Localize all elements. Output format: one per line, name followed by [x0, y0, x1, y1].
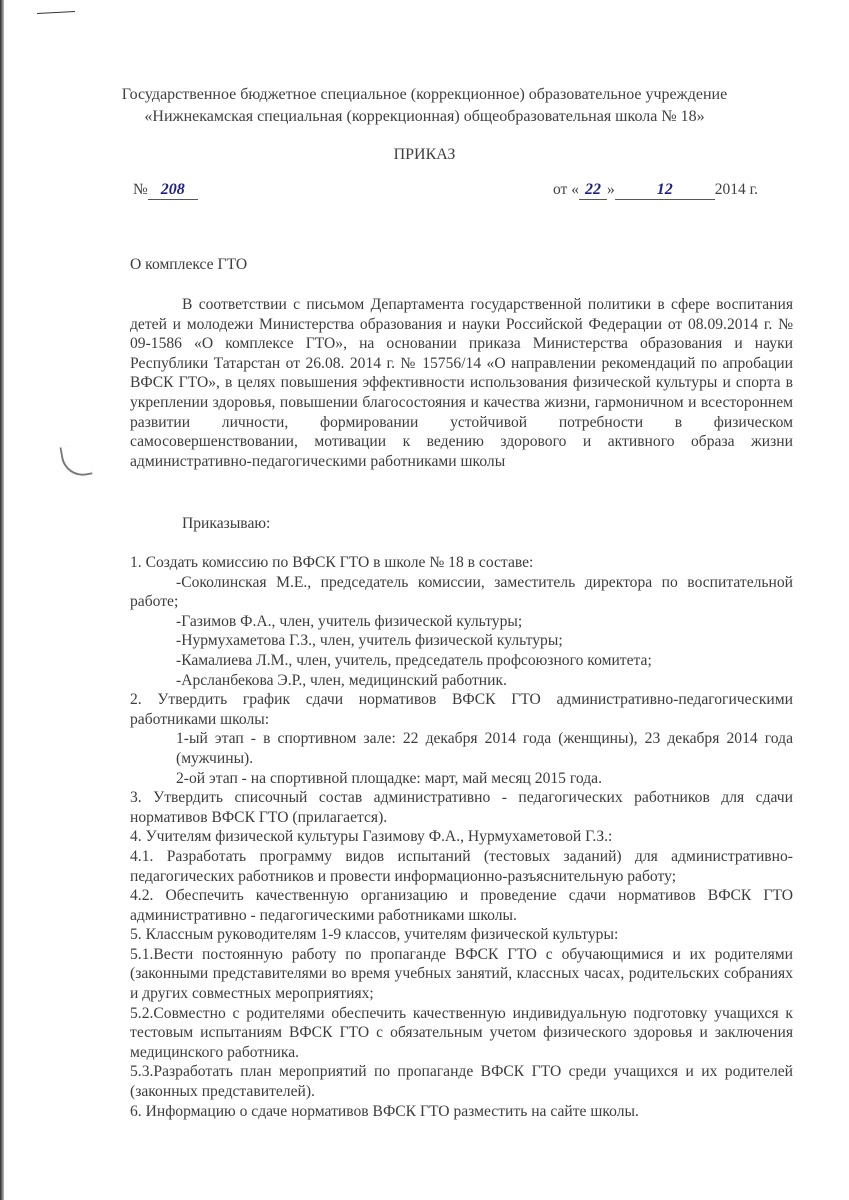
date-year: 2014 г. [715, 181, 758, 198]
punch-hole-mark-top [59, 443, 92, 479]
item-2-stage-2: 2-ой этап - на спортивной площадке: март… [130, 769, 793, 789]
order-items: 1. Создать комиссию по ВФСК ГТО в школе … [130, 553, 793, 1121]
item-5-3: 5.3.Разработать план мероприятий по проп… [130, 1062, 793, 1101]
item-1-member-4: -Камалиева Л.М., член, учитель, председа… [130, 651, 793, 671]
order-number-label: № [133, 181, 148, 198]
preamble: В соответствии с письмом Департамента го… [130, 295, 793, 471]
item-4-2: 4.2. Обеспечить качественную организацию… [130, 886, 793, 925]
order-word-text: Приказываю: [130, 514, 793, 534]
order-word: Приказываю: [130, 514, 793, 534]
document-type-title: ПРИКАЗ [0, 146, 849, 164]
order-number: №208 [133, 181, 198, 200]
date-day-close: » [607, 181, 615, 198]
item-1-member-2: -Газимов Ф.А., член, учитель физической … [130, 612, 793, 632]
scan-edge-shadow [0, 0, 4, 1200]
date-day-handwritten: 22 [579, 181, 607, 200]
item-1-member-5: -Арсланбекова Э.Р., член, медицинский ра… [130, 671, 793, 691]
item-5-2: 5.2.Совместно с родителями обеспечить ка… [130, 1004, 793, 1063]
item-6: 6. Информацию о сдаче нормативов ВФСК ГТ… [130, 1102, 793, 1122]
item-2-stage-1: 1-ый этап - в спортивном зале: 22 декабр… [130, 729, 793, 768]
order-date: от «22»122014 г. [553, 181, 758, 200]
item-5: 5. Классным руководителям 1-9 классов, у… [130, 925, 793, 945]
preamble-text: В соответствии с письмом Департамента го… [130, 295, 793, 471]
date-month-handwritten: 12 [615, 181, 715, 200]
item-1-member-3: -Нурмухаметова Г.З., член, учитель физич… [130, 631, 793, 651]
pen-mark [37, 11, 75, 14]
item-1-member-1: -Соколинская М.Е., председатель комиссии… [130, 573, 793, 612]
item-4: 4. Учителям физической культуры Газимову… [130, 827, 793, 847]
institution-name-line-2: «Нижнекамская специальная (коррекционная… [0, 108, 849, 126]
item-5-1: 5.1.Вести постоянную работу по пропаганд… [130, 945, 793, 1004]
item-1: 1. Создать комиссию по ВФСК ГТО в школе … [130, 553, 793, 573]
order-subject: О комплексе ГТО [130, 255, 793, 275]
item-2: 2. Утвердить график сдачи нормативов ВФС… [130, 690, 793, 729]
order-number-handwritten: 208 [148, 181, 198, 200]
item-4-1: 4.1. Разработать программу видов испытан… [130, 847, 793, 886]
institution-name-line-1: Государственное бюджетное специальное (к… [0, 86, 849, 104]
date-prefix: от « [553, 181, 579, 198]
item-3: 3. Утвердить списочный состав администра… [130, 788, 793, 827]
